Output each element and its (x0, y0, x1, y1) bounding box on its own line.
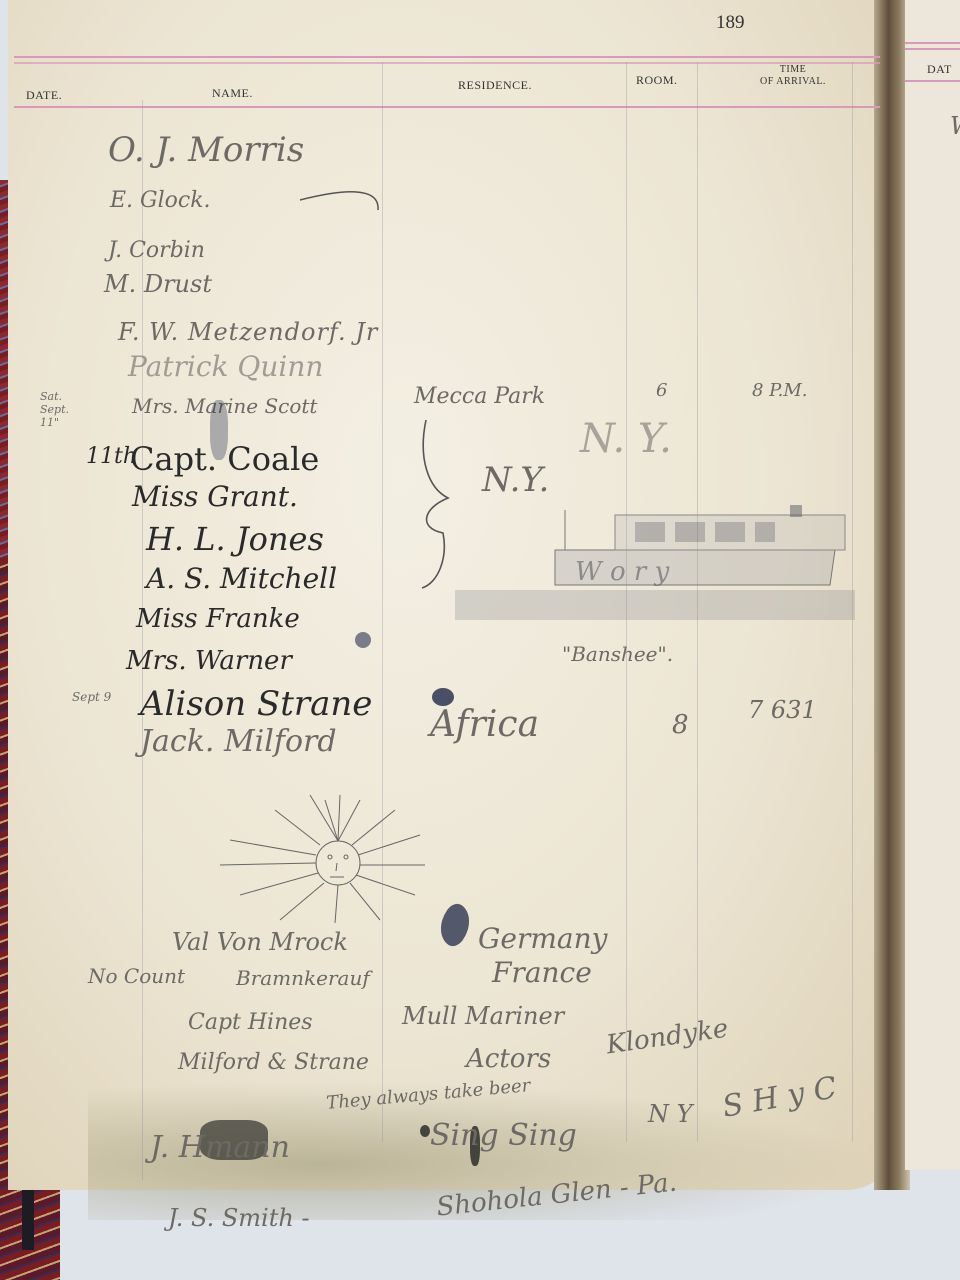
boat-sketch-banshee: W o r y (455, 500, 855, 660)
header-rule-bottom (14, 106, 880, 108)
entry-name: Jack. Milford (140, 724, 337, 759)
entry-name: J. Corbin (108, 238, 205, 263)
entry-name: Val Von Mrock (172, 928, 348, 956)
ink-blot (432, 688, 454, 706)
column-header-name: NAME. (212, 86, 253, 101)
boat-caption: "Banshee". (562, 642, 673, 666)
entry-name: Bramnkerauf (236, 966, 370, 990)
entry-name: F. W. Metzendorf. Jr (118, 318, 378, 346)
column-header-room: ROOM. (636, 73, 678, 88)
entry-name: Miss Franke (136, 604, 300, 634)
entry-residence: France (492, 956, 592, 989)
entry-date: No Count (88, 964, 185, 988)
facing-date-header: DAT (927, 62, 952, 77)
entry-name: J. Hmann (150, 1130, 290, 1165)
entry-name: Patrick Quinn (128, 350, 323, 383)
entry-residence: N. Y. (580, 416, 672, 462)
entry-residence: Africa (430, 704, 539, 745)
entry-name: M. Drust (104, 270, 212, 298)
ink-blot (355, 632, 371, 648)
entry-room: 6 (656, 380, 667, 401)
entry-residence: Germany (478, 922, 607, 955)
flourish-line (300, 180, 390, 220)
entry-residence: N.Y. (482, 460, 549, 500)
entry-room: N Y (648, 1100, 692, 1128)
ink-smear (210, 400, 228, 460)
entry-time: 8 P.M. (752, 380, 808, 401)
column-header-date: DATE. (26, 88, 62, 103)
entry-name: A. S. Mitchell (146, 562, 337, 595)
column-header-time-of-arrival: Time Of Arrival. (748, 64, 838, 88)
bracket-brace (418, 418, 458, 598)
page-number: 189 (716, 12, 745, 34)
column-header-residence: RESIDENCE. (458, 78, 532, 93)
entry-date: Sat. Sept. 11" (40, 390, 88, 429)
entry-name: Capt Hines (188, 1010, 313, 1035)
entry-name: E. Glock. (110, 188, 211, 213)
entry-name: Milford & Strane (178, 1050, 369, 1075)
entry-residence: Mull Mariner (402, 1002, 564, 1030)
entry-date: Sept 9 (72, 690, 111, 704)
entry-name: Mrs. Warner (126, 646, 292, 676)
entry-residence: Actors (466, 1044, 551, 1074)
entry-name: Alison Strane (140, 684, 372, 724)
sun-face-sketch (220, 795, 430, 925)
entry-name: O. J. Morris (108, 130, 304, 170)
ink-blot (420, 1125, 430, 1137)
header-rule-top (14, 56, 880, 58)
entry-time: 7 631 (748, 696, 817, 724)
facing-entry-fragment: Wo (950, 112, 960, 140)
facing-page: DAT Wo (905, 0, 960, 1170)
entry-residence: Mecca Park (414, 384, 545, 409)
boat-hull-text: W o r y (575, 557, 670, 587)
entry-room: 8 (672, 710, 689, 740)
entry-name: Miss Grant. (132, 480, 298, 513)
entry-name: J. S. Smith - (168, 1204, 310, 1232)
entry-name: H. L. Jones (146, 520, 324, 558)
entry-residence: Sing Sing (430, 1118, 577, 1153)
